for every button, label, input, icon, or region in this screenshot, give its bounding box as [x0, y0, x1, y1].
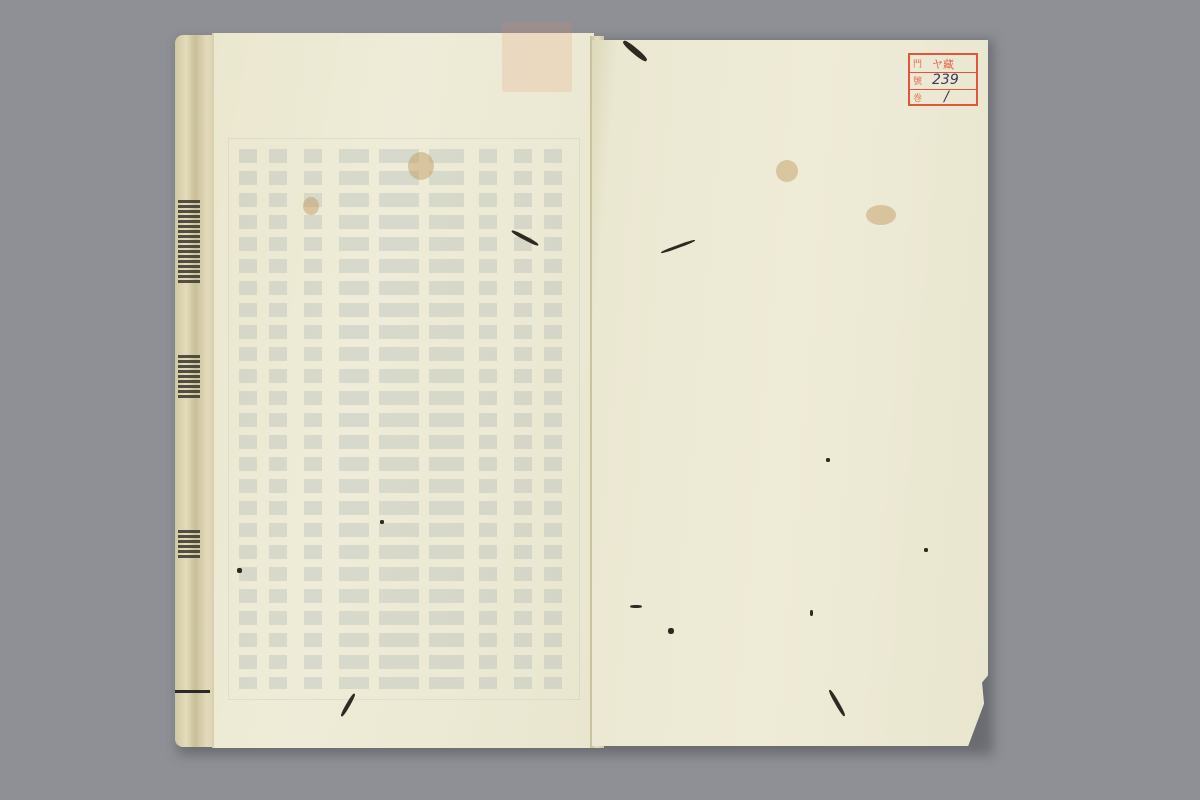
stamp-label: 巻 — [913, 91, 922, 104]
right-page — [592, 40, 988, 746]
stamp-value: / — [944, 89, 949, 105]
worm-hole — [668, 628, 674, 634]
fore-edge-ink — [178, 530, 200, 560]
stamp-label: 門 — [913, 57, 922, 70]
fore-edge-ink — [178, 200, 200, 285]
stain — [776, 160, 798, 182]
stain — [408, 152, 434, 180]
stamp-label: 號 — [913, 74, 922, 87]
worm-hole — [380, 520, 384, 524]
stamp-number: 239 — [932, 72, 959, 88]
stain — [303, 197, 319, 215]
photo-scene: 門 ヤ藏 號 239 巻 / — [0, 0, 1200, 800]
open-book: 門 ヤ藏 號 239 巻 / — [0, 0, 1200, 800]
worm-hole — [630, 605, 642, 608]
watermark — [502, 22, 572, 92]
stain — [866, 205, 896, 225]
library-stamp: 門 ヤ藏 號 239 巻 / — [908, 53, 978, 106]
worm-hole — [810, 610, 813, 616]
stamp-value: ヤ藏 — [932, 56, 954, 72]
worm-hole — [924, 548, 928, 552]
worm-hole — [237, 568, 242, 573]
fore-edge-ink — [178, 355, 200, 400]
binding-thread — [175, 690, 210, 693]
worm-hole — [826, 458, 830, 462]
show-through-text-block — [228, 138, 580, 700]
